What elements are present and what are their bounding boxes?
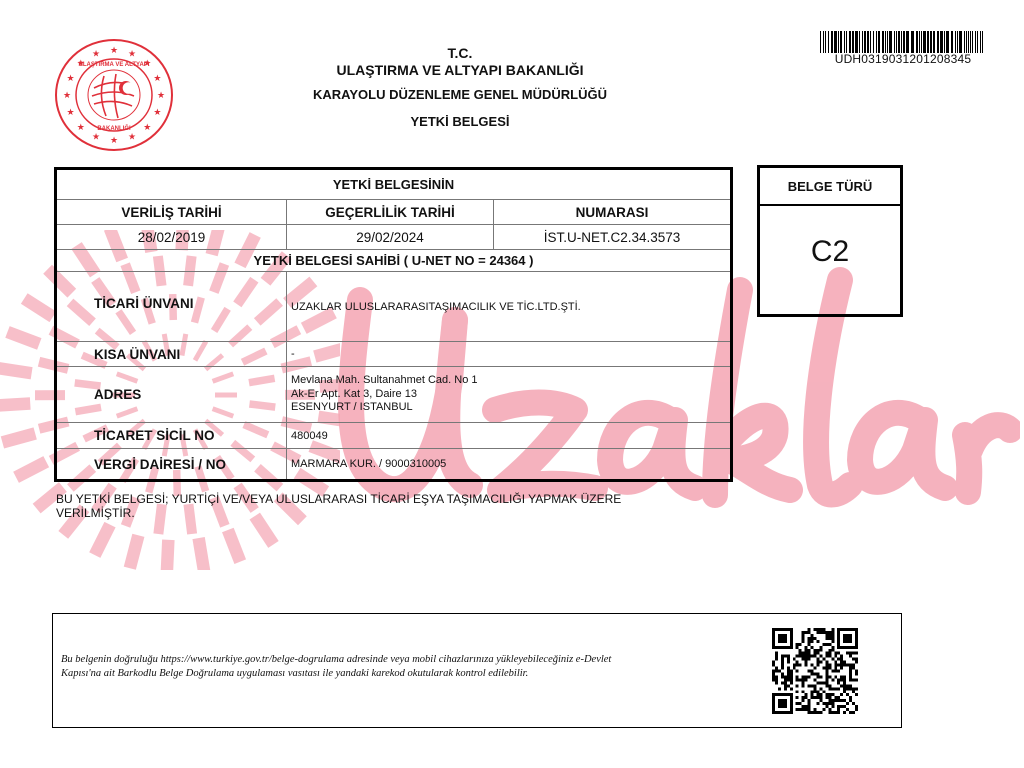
label-address: ADRES [57, 367, 286, 422]
svg-text:★: ★ [153, 73, 161, 83]
value-trade-registry: 480049 [286, 423, 730, 448]
label-trade-registry: TİCARET SİCİL NO [57, 423, 286, 448]
label-tax-office: VERGİ DAİRESİ / NO [57, 449, 286, 479]
column-header-validity-date: GEÇERLİLİK TARİHİ [286, 200, 493, 224]
holder-title: YETKİ BELGESİ SAHİBİ ( U-NET NO = 24364 … [57, 250, 730, 271]
svg-text:★: ★ [110, 135, 118, 145]
issue-date-value: 28/02/2019 [57, 225, 286, 249]
holder-title-row: YETKİ BELGESİ SAHİBİ ( U-NET NO = 24364 … [57, 250, 730, 272]
svg-text:★: ★ [92, 132, 100, 142]
svg-text:ULAŞTIRMA VE ALTYAPI: ULAŞTIRMA VE ALTYAPI [79, 62, 150, 68]
document-type-label: BELGE TÜRÜ [760, 168, 900, 206]
header-directorate: KARAYOLU DÜZENLEME GENEL MÜDÜRLÜĞÜ [200, 87, 720, 102]
section-title: YETKİ BELGESİNİN [57, 170, 730, 199]
column-header-issue-date: VERİLİŞ TARİHİ [57, 200, 286, 224]
label-short-name: KISA ÜNVANI [57, 342, 286, 366]
section-title-row: YETKİ BELGESİNİN [57, 170, 730, 200]
svg-text:★: ★ [67, 107, 75, 117]
svg-text:★: ★ [157, 90, 165, 100]
svg-text:★: ★ [63, 90, 71, 100]
ministry-seal-icon: ★★★★★★★★★★★★★★★★ ULAŞTIRMA VE ALTYAPI BA… [52, 36, 177, 154]
validity-date-value: 29/02/2024 [286, 225, 493, 249]
document-title: YETKİ BELGESİ [200, 114, 720, 129]
values-row: 28/02/2019 29/02/2024 İST.U-NET.C2.34.35… [57, 225, 730, 250]
svg-text:BAKANLIĞI: BAKANLIĞI [97, 124, 131, 132]
address-line-3: ESENYURT / ISTANBUL [291, 401, 413, 415]
field-row-trade-name: TİCARİ ÜNVANI UZAKLAR ULUSLARARASITAŞIMA… [57, 272, 730, 342]
field-row-short-name: KISA ÜNVANI - [57, 342, 730, 367]
verification-text-line-2: Kapısı'na ait Barkodlu Belge Doğrulama u… [61, 667, 751, 681]
field-row-address: ADRES Mevlana Mah. Sultanahmet Cad. No 1… [57, 367, 730, 423]
value-short-name: - [286, 342, 730, 366]
document-type-box: BELGE TÜRÜ C2 [757, 165, 903, 317]
verification-text: Bu belgenin doğruluğu https://www.turkiy… [61, 653, 751, 681]
svg-text:★: ★ [128, 48, 136, 58]
verification-box: Bu belgenin doğruluğu https://www.turkiy… [52, 613, 902, 728]
certificate-number-value: İST.U-NET.C2.34.3573 [493, 225, 730, 249]
column-header-row: VERİLİŞ TARİHİ GEÇERLİLİK TARİHİ NUMARAS… [57, 200, 730, 225]
svg-text:★: ★ [128, 132, 136, 142]
barcode-icon [820, 31, 986, 53]
svg-text:★: ★ [110, 45, 118, 55]
value-tax-office: MARMARA KUR. / 9000310005 [286, 449, 730, 479]
svg-text:★: ★ [77, 122, 85, 132]
svg-text:★: ★ [143, 122, 151, 132]
address-line-2: Ak-Er Apt. Kat 3, Daire 13 [291, 388, 417, 402]
certificate-table: YETKİ BELGESİNİN VERİLİŞ TARİHİ GEÇERLİL… [54, 167, 733, 482]
svg-text:★: ★ [67, 73, 75, 83]
authorization-statement: BU YETKİ BELGESİ; YURTİÇİ VE/VEYA ULUSLA… [56, 492, 696, 520]
svg-text:★: ★ [92, 48, 100, 58]
svg-text:★: ★ [153, 107, 161, 117]
barcode-number: UDH0319031201208345 [818, 52, 988, 66]
qr-code-icon [772, 627, 858, 715]
field-row-tax-office: VERGİ DAİRESİ / NO MARMARA KUR. / 900031… [57, 449, 730, 479]
label-trade-name: TİCARİ ÜNVANI [57, 272, 286, 341]
document-type-value: C2 [760, 204, 900, 314]
value-address: Mevlana Mah. Sultanahmet Cad. No 1 Ak-Er… [286, 367, 730, 422]
address-line-1: Mevlana Mah. Sultanahmet Cad. No 1 [291, 374, 478, 388]
verification-text-line-1: Bu belgenin doğruluğu https://www.turkiy… [61, 653, 751, 667]
header-tc: T.C. [200, 45, 720, 61]
column-header-number: NUMARASI [493, 200, 730, 224]
header-ministry: ULAŞTIRMA VE ALTYAPI BAKANLIĞI [200, 62, 720, 78]
value-trade-name: UZAKLAR ULUSLARARASITAŞIMACILIK VE TİC.L… [286, 272, 730, 341]
field-row-trade-registry: TİCARET SİCİL NO 480049 [57, 423, 730, 449]
